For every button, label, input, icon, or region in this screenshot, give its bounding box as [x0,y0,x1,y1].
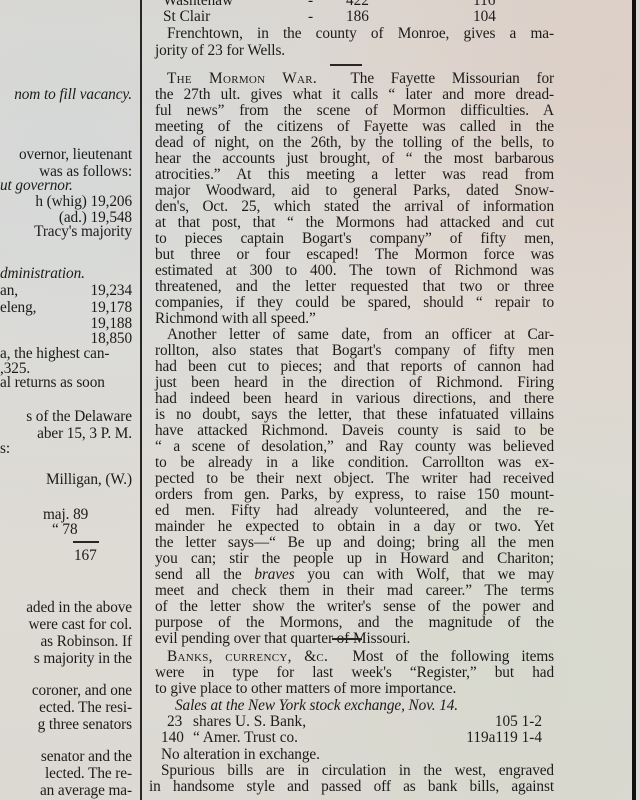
stock-qty: 140 [161,729,184,746]
text-line: to give place to other matters of more i… [155,680,554,697]
article-first-line: Banks, currency, &c. Most of the followi… [167,648,554,665]
text-line: Frenchtown, in the county of Monroe, giv… [167,25,554,42]
text-line: an, [0,282,18,299]
stock-price: 119a119 1-4 [466,729,542,746]
text-line: is no doubt, says the letter, that these… [155,406,554,423]
text-line: but three or four escaped! The Mormon fo… [155,246,554,263]
text-line: eleng, [0,299,36,316]
text-line: of the letter show the writer's sense of… [155,598,554,615]
text-line: were cast for col. [28,616,132,633]
text-line: atrocities.” At this meeting a letter wa… [155,166,554,183]
italic-word: braves [254,566,294,583]
text-line: lected. The re- [45,765,132,782]
text-line: ut governor. [0,177,73,194]
newspaper-page: nom to fill vacancy. overnor, lieutenant… [0,0,636,800]
text-line: have attacked Richmond. Daveis county is… [155,422,554,439]
text-line: threatened, and the letter requested tha… [155,278,554,295]
text-line: Richmond with all speed.” [155,310,554,327]
text-line: just been heard in the direction of Rich… [155,374,554,391]
text-line: s: [0,440,10,457]
text-line: Spurious bills are in circulation in the… [161,762,554,779]
vote-b: 104 [473,8,496,25]
text-line: coroner, and one [32,682,132,699]
text-line: Milligan, (W.) [46,471,132,488]
text-span: Most of the following items [352,648,554,665]
text-line: the letter says—“ Be up and doing; bring… [155,534,554,551]
vote-a: 186 [346,8,369,25]
text-line: s of the Delaware [26,408,132,425]
text-line: had indeed been heard in various directi… [155,390,554,407]
text-line: dead of night, on the 26th, by the tolli… [155,134,554,151]
vote-count: 19,234 [91,282,132,299]
text-line: had been cut to pieces; and that reports… [155,358,554,375]
text-line: senator and the [41,748,132,765]
stock-row: 140 “ Amer. Trust co. 119a119 1-4 [167,729,542,746]
table-row: St Clair - 186 104 [163,8,548,25]
stock-name: “ Amer. Trust co. [193,729,298,746]
text-line: the 27th ult. gives what it calls “ late… [155,86,554,103]
text-line: purpose of the Mormons, and the magnitud… [155,614,554,631]
scan-border [632,0,636,800]
text-line: overnor, lieutenant [19,146,132,163]
text-line: s majority in the [34,650,132,667]
section-divider [332,638,362,640]
text-line: rollton, also states that Bogart's compa… [155,342,554,359]
main-column: Washtenaw - 422 116 St Clair - 186 104 F… [147,0,554,800]
text-line: jority of 23 for Wells. [155,42,554,59]
sales-heading: Sales at the New York stock exchange, No… [175,697,458,714]
text-line: ful news” from the scene of Mormon diffi… [155,102,554,119]
text-line: ed men. Fifty had already volunteered, a… [155,502,554,519]
stock-qty: 23 [167,713,182,730]
text-line: al returns as soon [0,374,105,391]
text-line: to be already in a like condition. Carro… [155,454,554,471]
text-line: mainder he expected to obtain in a day o… [155,518,554,535]
text-line: you can; stir the people up in Howard an… [155,550,554,567]
text-line: estimated at 300 to 400. The town of Ric… [155,262,554,279]
text-line: g three senators [38,716,132,733]
dash: - [308,8,313,25]
text-line: pected to be their next object. The writ… [155,470,554,487]
column-rule [140,0,142,800]
article-heading: Banks, currency, &c. [167,648,328,665]
vote-count: 19,178 [91,299,132,316]
text-span: you can with Wolf, that we may [295,566,554,583]
text-line: companies, if they could be spared, shou… [155,294,554,311]
stock-price: 105 1-2 [495,713,542,730]
text-line: at that post, that “ the Mormons had att… [155,214,554,231]
text-line: h (whig) 19,206 [35,193,132,210]
article-first-line: The Mormon War. The Fayette Missourian f… [167,70,554,87]
text-line: hear the accounts just brought, of “ the… [155,150,554,167]
text-line: “ a scene of desolation,” and Ray county… [155,438,554,455]
article-heading: The Mormon War. [167,70,317,87]
county-name: St Clair [163,8,210,25]
section-divider [330,64,362,66]
text-line: No alteration in exchange. [161,746,320,763]
text-line: Another letter of same date, from an off… [167,326,554,343]
text-line: send all the braves you can with Wolf, t… [155,566,554,583]
text-line: aded in the above [26,599,132,616]
text-line: as Robinson. If [40,633,132,650]
text-span: Sales at the New York stock exchange, No… [175,697,458,714]
text-line: to pieces captain Bogart's company” of f… [155,230,554,247]
text-line: Tracy's majority [34,223,132,240]
text-line: an average ma- [40,782,132,799]
text-line: nom to fill vacancy. [14,86,132,103]
text-line: meeting of the citizens of Fayette was c… [155,118,554,135]
text-line: in handsome style and passed off as bank… [149,778,554,795]
text-line: ected. The resi- [39,699,132,716]
text-line: den's, Oct. 25, which stated the arrival… [155,198,554,215]
text-span: The Fayette Missourian for [351,70,554,87]
text-span: send all the [155,566,254,583]
sum-rule [73,541,99,543]
text-line: aber 15, 3 P. M. [37,425,132,442]
text-line: orders from gen. Parks, by express, to r… [155,486,554,503]
left-column: nom to fill vacancy. overnor, lieutenant… [0,0,136,800]
stock-name: shares U. S. Bank, [193,713,306,730]
stock-row: 23 shares U. S. Bank, 105 1-2 [167,713,542,730]
text-line: dministration. [0,265,85,282]
text-line: meet and check them in their mad career.… [155,582,554,599]
text-line: major Woodward, aid to general Parks, da… [155,182,554,199]
majority-total: 167 [74,547,97,564]
majority-value: “ 78 [52,521,78,538]
text-line: were in type for last week's “Register,”… [155,664,554,681]
